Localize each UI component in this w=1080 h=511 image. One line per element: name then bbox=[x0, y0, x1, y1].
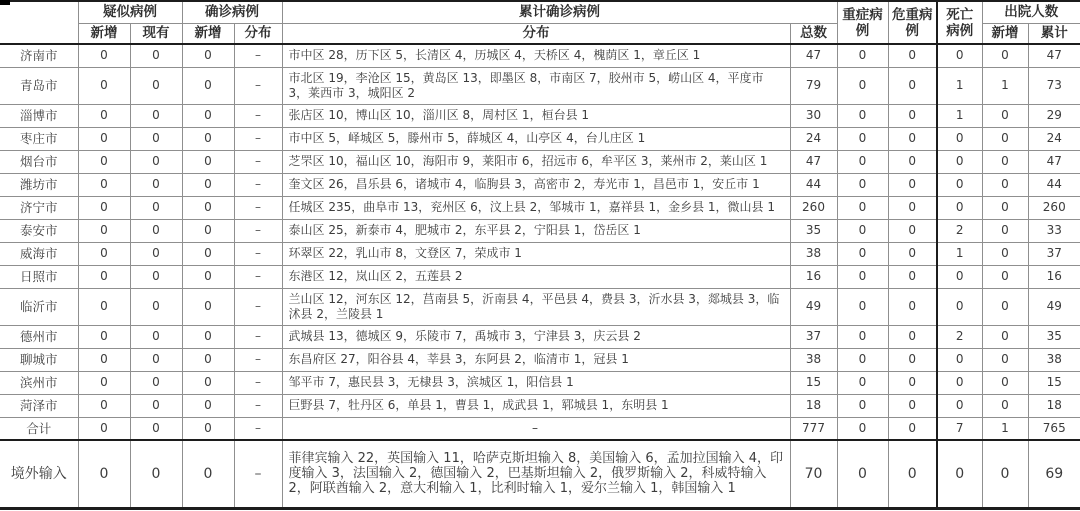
cumulative-total-value: 49 bbox=[790, 288, 837, 325]
suspected-existing-value: 0 bbox=[130, 104, 182, 127]
suspected-new-value: 0 bbox=[78, 417, 130, 440]
table-row: 济南市 0 0 0 – 市中区 28，历下区 5，长清区 4，历城区 4，天桥区… bbox=[0, 44, 1080, 67]
table-row: 枣庄市 0 0 0 – 市中区 5，峄城区 5，滕州市 5，薛城区 4，山亭区 … bbox=[0, 127, 1080, 150]
suspected-existing-value: 0 bbox=[130, 67, 182, 104]
discharged-new-value: 1 bbox=[982, 417, 1028, 440]
cumulative-distribution-text: 市中区 28，历下区 5，长清区 4，历城区 4，天桥区 4，槐荫区 1，章丘区… bbox=[282, 44, 790, 67]
cumulative-total-value: 47 bbox=[790, 150, 837, 173]
confirmed-new-value: 0 bbox=[182, 150, 234, 173]
severe-cases-value: 0 bbox=[837, 173, 888, 196]
city-name: 济南市 bbox=[0, 44, 78, 67]
death-cases-value: 1 bbox=[937, 67, 982, 104]
discharged-cumulative-value: 44 bbox=[1028, 173, 1080, 196]
confirmed-new-value: 0 bbox=[182, 394, 234, 417]
severe-cases-value: 0 bbox=[837, 104, 888, 127]
table-row: 德州市 0 0 0 – 武城县 13，德城区 9，乐陵市 7，禹城市 3，宁津县… bbox=[0, 325, 1080, 348]
discharged-new-value: 0 bbox=[982, 173, 1028, 196]
death-cases-value: 0 bbox=[937, 288, 982, 325]
table-row: 烟台市 0 0 0 – 芝罘区 10，福山区 10，海阳市 9，莱阳市 6，招远… bbox=[0, 150, 1080, 173]
critical-cases-value: 0 bbox=[888, 417, 937, 440]
critical-cases-value: 0 bbox=[888, 196, 937, 219]
cumulative-distribution-text: 市中区 5，峄城区 5，滕州市 5，薛城区 4，山亭区 4，台儿庄区 1 bbox=[282, 127, 790, 150]
cumulative-distribution-text: 武城县 13，德城区 9，乐陵市 7，禹城市 3，宁津县 3，庆云县 2 bbox=[282, 325, 790, 348]
discharged-cumulative-value: 49 bbox=[1028, 288, 1080, 325]
cumulative-total-value: 260 bbox=[790, 196, 837, 219]
cumulative-distribution-text: 环翠区 22，乳山市 8，文登区 7，荣成市 1 bbox=[282, 242, 790, 265]
column-header-death-cases: 死亡病例 bbox=[937, 1, 982, 44]
death-cases-value: 0 bbox=[937, 150, 982, 173]
critical-cases-value: 0 bbox=[888, 371, 937, 394]
cumulative-total-value: 35 bbox=[790, 219, 837, 242]
confirmed-distribution-value: – bbox=[234, 348, 282, 371]
discharged-cumulative-value: 15 bbox=[1028, 371, 1080, 394]
severe-cases-value: 0 bbox=[837, 265, 888, 288]
suspected-existing-value: 0 bbox=[130, 219, 182, 242]
suspected-existing-value: 0 bbox=[130, 44, 182, 67]
suspected-existing-value: 0 bbox=[130, 127, 182, 150]
city-name: 境外输入 bbox=[0, 440, 78, 508]
death-cases-value: 0 bbox=[937, 44, 982, 67]
confirmed-new-value: 0 bbox=[182, 288, 234, 325]
discharged-cumulative-value: 37 bbox=[1028, 242, 1080, 265]
death-cases-value: 0 bbox=[937, 265, 982, 288]
confirmed-distribution-value: – bbox=[234, 325, 282, 348]
cumulative-total-value: 15 bbox=[790, 371, 837, 394]
suspected-new-value: 0 bbox=[78, 288, 130, 325]
cumulative-distribution-text: 泰山区 25，新泰市 4，肥城市 2，东平县 2，宁阳县 1，岱岳区 1 bbox=[282, 219, 790, 242]
city-name: 烟台市 bbox=[0, 150, 78, 173]
cumulative-distribution-text: 菲律宾输入 22，英国输入 11，哈萨克斯坦输入 8，美国输入 6，孟加拉国输入… bbox=[282, 440, 790, 508]
death-cases-value: 0 bbox=[937, 173, 982, 196]
discharged-new-value: 0 bbox=[982, 44, 1028, 67]
suspected-existing-value: 0 bbox=[130, 440, 182, 508]
table-row: 淄博市 0 0 0 – 张店区 10，博山区 10，淄川区 8，周村区 1，桓台… bbox=[0, 104, 1080, 127]
discharged-cumulative-value: 47 bbox=[1028, 44, 1080, 67]
suspected-existing-value: 0 bbox=[130, 242, 182, 265]
suspected-existing-value: 0 bbox=[130, 371, 182, 394]
confirmed-distribution-value: – bbox=[234, 173, 282, 196]
suspected-new-value: 0 bbox=[78, 394, 130, 417]
critical-cases-value: 0 bbox=[888, 219, 937, 242]
cumulative-distribution-text: 巨野县 7，牡丹区 6，单县 1，曹县 1，成武县 1，郓城县 1，东明县 1 bbox=[282, 394, 790, 417]
cumulative-distribution-text: 东港区 12，岚山区 2，五莲县 2 bbox=[282, 265, 790, 288]
critical-cases-value: 0 bbox=[888, 348, 937, 371]
cumulative-total-value: 70 bbox=[790, 440, 837, 508]
confirmed-new-value: 0 bbox=[182, 440, 234, 508]
city-column-header bbox=[0, 1, 78, 44]
city-name: 威海市 bbox=[0, 242, 78, 265]
cumulative-distribution-text: 张店区 10，博山区 10，淄川区 8，周村区 1，桓台县 1 bbox=[282, 104, 790, 127]
suspected-new-value: 0 bbox=[78, 242, 130, 265]
city-name: 日照市 bbox=[0, 265, 78, 288]
cumulative-distribution-text: – bbox=[282, 417, 790, 440]
subheader-suspected-new: 新增 bbox=[78, 23, 130, 44]
discharged-new-value: 0 bbox=[982, 127, 1028, 150]
death-cases-value: 2 bbox=[937, 219, 982, 242]
suspected-existing-value: 0 bbox=[130, 150, 182, 173]
table-row: 泰安市 0 0 0 – 泰山区 25，新泰市 4，肥城市 2，东平县 2，宁阳县… bbox=[0, 219, 1080, 242]
confirmed-distribution-value: – bbox=[234, 44, 282, 67]
table-row: 威海市 0 0 0 – 环翠区 22，乳山市 8，文登区 7，荣成市 1 38 … bbox=[0, 242, 1080, 265]
cumulative-total-value: 30 bbox=[790, 104, 837, 127]
group-header-cumulative-confirmed: 累计确诊病例 bbox=[282, 1, 837, 23]
cumulative-distribution-text: 邹平市 7，惠民县 3，无棣县 3，滨城区 1，阳信县 1 bbox=[282, 371, 790, 394]
confirmed-new-value: 0 bbox=[182, 173, 234, 196]
city-name: 菏泽市 bbox=[0, 394, 78, 417]
suspected-new-value: 0 bbox=[78, 219, 130, 242]
confirmed-distribution-value: – bbox=[234, 417, 282, 440]
discharged-new-value: 1 bbox=[982, 67, 1028, 104]
suspected-existing-value: 0 bbox=[130, 265, 182, 288]
critical-cases-value: 0 bbox=[888, 44, 937, 67]
suspected-new-value: 0 bbox=[78, 104, 130, 127]
confirmed-distribution-value: – bbox=[234, 219, 282, 242]
discharged-new-value: 0 bbox=[982, 348, 1028, 371]
critical-cases-value: 0 bbox=[888, 325, 937, 348]
subheader-confirmed-new: 新增 bbox=[182, 23, 234, 44]
confirmed-new-value: 0 bbox=[182, 219, 234, 242]
suspected-existing-value: 0 bbox=[130, 394, 182, 417]
cumulative-total-value: 18 bbox=[790, 394, 837, 417]
severe-cases-value: 0 bbox=[837, 242, 888, 265]
discharged-new-value: 0 bbox=[982, 325, 1028, 348]
suspected-new-value: 0 bbox=[78, 265, 130, 288]
confirmed-distribution-value: – bbox=[234, 104, 282, 127]
subheader-suspected-existing: 现有 bbox=[130, 23, 182, 44]
suspected-existing-value: 0 bbox=[130, 348, 182, 371]
subheader-cumulative-distribution: 分布 bbox=[282, 23, 790, 44]
discharged-cumulative-value: 18 bbox=[1028, 394, 1080, 417]
table-row: 济宁市 0 0 0 – 任城区 235，曲阜市 13，兖州区 6，汶上县 2，邹… bbox=[0, 196, 1080, 219]
critical-cases-value: 0 bbox=[888, 440, 937, 508]
confirmed-distribution-value: – bbox=[234, 242, 282, 265]
severe-cases-value: 0 bbox=[837, 288, 888, 325]
suspected-existing-value: 0 bbox=[130, 288, 182, 325]
city-name: 泰安市 bbox=[0, 219, 78, 242]
cumulative-total-value: 777 bbox=[790, 417, 837, 440]
severe-cases-value: 0 bbox=[837, 371, 888, 394]
table-row: 潍坊市 0 0 0 – 奎文区 26，昌乐县 6，诸城市 4，临朐县 3，高密市… bbox=[0, 173, 1080, 196]
table-body: 济南市 0 0 0 – 市中区 28，历下区 5，长清区 4，历城区 4，天桥区… bbox=[0, 44, 1080, 508]
discharged-new-value: 0 bbox=[982, 394, 1028, 417]
critical-cases-value: 0 bbox=[888, 127, 937, 150]
cumulative-total-value: 38 bbox=[790, 242, 837, 265]
discharged-cumulative-value: 29 bbox=[1028, 104, 1080, 127]
confirmed-distribution-value: – bbox=[234, 288, 282, 325]
discharged-cumulative-value: 38 bbox=[1028, 348, 1080, 371]
cumulative-total-value: 79 bbox=[790, 67, 837, 104]
cumulative-total-value: 24 bbox=[790, 127, 837, 150]
confirmed-distribution-value: – bbox=[234, 394, 282, 417]
critical-cases-value: 0 bbox=[888, 67, 937, 104]
severe-cases-value: 0 bbox=[837, 440, 888, 508]
severe-cases-value: 0 bbox=[837, 150, 888, 173]
death-cases-value: 0 bbox=[937, 127, 982, 150]
discharged-cumulative-value: 47 bbox=[1028, 150, 1080, 173]
confirmed-new-value: 0 bbox=[182, 242, 234, 265]
cumulative-total-value: 44 bbox=[790, 173, 837, 196]
death-cases-value: 0 bbox=[937, 196, 982, 219]
suspected-new-value: 0 bbox=[78, 371, 130, 394]
confirmed-distribution-value: – bbox=[234, 440, 282, 508]
city-name: 枣庄市 bbox=[0, 127, 78, 150]
covid-statistics-table: 疑似病例 确诊病例 累计确诊病例 重症病例 危重病例 死亡病例 出院人数 新增 … bbox=[0, 0, 1080, 510]
corner-mark bbox=[0, 0, 10, 5]
table-header: 疑似病例 确诊病例 累计确诊病例 重症病例 危重病例 死亡病例 出院人数 新增 … bbox=[0, 1, 1080, 44]
group-header-confirmed-cases: 确诊病例 bbox=[182, 1, 282, 23]
severe-cases-value: 0 bbox=[837, 67, 888, 104]
critical-cases-value: 0 bbox=[888, 394, 937, 417]
suspected-existing-value: 0 bbox=[130, 173, 182, 196]
death-cases-value: 0 bbox=[937, 371, 982, 394]
column-header-critical-cases: 危重病例 bbox=[888, 1, 937, 44]
death-cases-value: 1 bbox=[937, 242, 982, 265]
cumulative-total-value: 47 bbox=[790, 44, 837, 67]
confirmed-new-value: 0 bbox=[182, 44, 234, 67]
cumulative-total-value: 16 bbox=[790, 265, 837, 288]
city-name: 聊城市 bbox=[0, 348, 78, 371]
confirmed-new-value: 0 bbox=[182, 127, 234, 150]
cumulative-distribution-text: 奎文区 26，昌乐县 6，诸城市 4，临朐县 3，高密市 2，寿光市 1，昌邑市… bbox=[282, 173, 790, 196]
confirmed-distribution-value: – bbox=[234, 150, 282, 173]
cumulative-distribution-text: 芝罘区 10，福山区 10，海阳市 9，莱阳市 6，招远市 6，牟平区 3，莱州… bbox=[282, 150, 790, 173]
table-row: 合计 0 0 0 – – 777 0 0 7 1 765 bbox=[0, 417, 1080, 440]
suspected-new-value: 0 bbox=[78, 325, 130, 348]
death-cases-value: 1 bbox=[937, 104, 982, 127]
discharged-new-value: 0 bbox=[982, 219, 1028, 242]
suspected-new-value: 0 bbox=[78, 440, 130, 508]
death-cases-value: 0 bbox=[937, 440, 982, 508]
death-cases-value: 0 bbox=[937, 394, 982, 417]
cumulative-distribution-text: 任城区 235，曲阜市 13，兖州区 6，汶上县 2，邹城市 1，嘉祥县 1，金… bbox=[282, 196, 790, 219]
confirmed-distribution-value: – bbox=[234, 127, 282, 150]
discharged-new-value: 0 bbox=[982, 440, 1028, 508]
discharged-new-value: 0 bbox=[982, 288, 1028, 325]
group-header-suspected-cases: 疑似病例 bbox=[78, 1, 182, 23]
discharged-cumulative-value: 33 bbox=[1028, 219, 1080, 242]
cumulative-distribution-text: 兰山区 12，河东区 12，莒南县 5，沂南县 4，平邑县 4，费县 3，沂水县… bbox=[282, 288, 790, 325]
city-name: 青岛市 bbox=[0, 67, 78, 104]
subheader-confirmed-distribution: 分布 bbox=[234, 23, 282, 44]
severe-cases-value: 0 bbox=[837, 394, 888, 417]
confirmed-new-value: 0 bbox=[182, 417, 234, 440]
confirmed-new-value: 0 bbox=[182, 265, 234, 288]
city-name: 滨州市 bbox=[0, 371, 78, 394]
discharged-cumulative-value: 260 bbox=[1028, 196, 1080, 219]
discharged-new-value: 0 bbox=[982, 242, 1028, 265]
city-name: 临沂市 bbox=[0, 288, 78, 325]
confirmed-new-value: 0 bbox=[182, 325, 234, 348]
discharged-cumulative-value: 765 bbox=[1028, 417, 1080, 440]
suspected-existing-value: 0 bbox=[130, 325, 182, 348]
suspected-existing-value: 0 bbox=[130, 196, 182, 219]
cumulative-total-value: 37 bbox=[790, 325, 837, 348]
table-row: 青岛市 0 0 0 – 市北区 19，李沧区 15，黄岛区 13，即墨区 8，市… bbox=[0, 67, 1080, 104]
suspected-new-value: 0 bbox=[78, 67, 130, 104]
critical-cases-value: 0 bbox=[888, 265, 937, 288]
confirmed-new-value: 0 bbox=[182, 196, 234, 219]
suspected-new-value: 0 bbox=[78, 44, 130, 67]
confirmed-new-value: 0 bbox=[182, 67, 234, 104]
suspected-new-value: 0 bbox=[78, 173, 130, 196]
discharged-new-value: 0 bbox=[982, 265, 1028, 288]
confirmed-new-value: 0 bbox=[182, 371, 234, 394]
confirmed-distribution-value: – bbox=[234, 67, 282, 104]
severe-cases-value: 0 bbox=[837, 325, 888, 348]
discharged-cumulative-value: 69 bbox=[1028, 440, 1080, 508]
table-row: 菏泽市 0 0 0 – 巨野县 7，牡丹区 6，单县 1，曹县 1，成武县 1，… bbox=[0, 394, 1080, 417]
suspected-new-value: 0 bbox=[78, 150, 130, 173]
confirmed-new-value: 0 bbox=[182, 348, 234, 371]
column-header-severe-cases: 重症病例 bbox=[837, 1, 888, 44]
critical-cases-value: 0 bbox=[888, 150, 937, 173]
city-name: 合计 bbox=[0, 417, 78, 440]
city-name: 淄博市 bbox=[0, 104, 78, 127]
death-cases-value: 7 bbox=[937, 417, 982, 440]
confirmed-distribution-value: – bbox=[234, 196, 282, 219]
suspected-existing-value: 0 bbox=[130, 417, 182, 440]
cumulative-distribution-text: 东昌府区 27，阳谷县 4，莘县 3，东阿县 2，临清市 1，冠县 1 bbox=[282, 348, 790, 371]
subheader-discharged-cumulative: 累计 bbox=[1028, 23, 1080, 44]
discharged-new-value: 0 bbox=[982, 104, 1028, 127]
severe-cases-value: 0 bbox=[837, 417, 888, 440]
critical-cases-value: 0 bbox=[888, 288, 937, 325]
table-row: 聊城市 0 0 0 – 东昌府区 27，阳谷县 4，莘县 3，东阿县 2，临清市… bbox=[0, 348, 1080, 371]
death-cases-value: 2 bbox=[937, 325, 982, 348]
confirmed-distribution-value: – bbox=[234, 371, 282, 394]
discharged-cumulative-value: 73 bbox=[1028, 67, 1080, 104]
cumulative-total-value: 38 bbox=[790, 348, 837, 371]
suspected-new-value: 0 bbox=[78, 196, 130, 219]
severe-cases-value: 0 bbox=[837, 219, 888, 242]
discharged-cumulative-value: 24 bbox=[1028, 127, 1080, 150]
group-header-discharged: 出院人数 bbox=[982, 1, 1080, 23]
table-row: 临沂市 0 0 0 – 兰山区 12，河东区 12，莒南县 5，沂南县 4，平邑… bbox=[0, 288, 1080, 325]
severe-cases-value: 0 bbox=[837, 196, 888, 219]
suspected-new-value: 0 bbox=[78, 127, 130, 150]
discharged-new-value: 0 bbox=[982, 150, 1028, 173]
subheader-cumulative-total: 总数 bbox=[790, 23, 837, 44]
table-row: 境外输入 0 0 0 – 菲律宾输入 22，英国输入 11，哈萨克斯坦输入 8，… bbox=[0, 440, 1080, 508]
severe-cases-value: 0 bbox=[837, 127, 888, 150]
death-cases-value: 0 bbox=[937, 348, 982, 371]
city-name: 德州市 bbox=[0, 325, 78, 348]
critical-cases-value: 0 bbox=[888, 104, 937, 127]
cumulative-distribution-text: 市北区 19，李沧区 15，黄岛区 13，即墨区 8，市南区 7，胶州市 5，崂… bbox=[282, 67, 790, 104]
severe-cases-value: 0 bbox=[837, 44, 888, 67]
confirmed-distribution-value: – bbox=[234, 265, 282, 288]
discharged-cumulative-value: 35 bbox=[1028, 325, 1080, 348]
subheader-discharged-new: 新增 bbox=[982, 23, 1028, 44]
discharged-cumulative-value: 16 bbox=[1028, 265, 1080, 288]
table-row: 滨州市 0 0 0 – 邹平市 7，惠民县 3，无棣县 3，滨城区 1，阳信县 … bbox=[0, 371, 1080, 394]
city-name: 潍坊市 bbox=[0, 173, 78, 196]
city-name: 济宁市 bbox=[0, 196, 78, 219]
table-row: 日照市 0 0 0 – 东港区 12，岚山区 2，五莲县 2 16 0 0 0 … bbox=[0, 265, 1080, 288]
severe-cases-value: 0 bbox=[837, 348, 888, 371]
critical-cases-value: 0 bbox=[888, 242, 937, 265]
critical-cases-value: 0 bbox=[888, 173, 937, 196]
discharged-new-value: 0 bbox=[982, 196, 1028, 219]
suspected-new-value: 0 bbox=[78, 348, 130, 371]
confirmed-new-value: 0 bbox=[182, 104, 234, 127]
discharged-new-value: 0 bbox=[982, 371, 1028, 394]
